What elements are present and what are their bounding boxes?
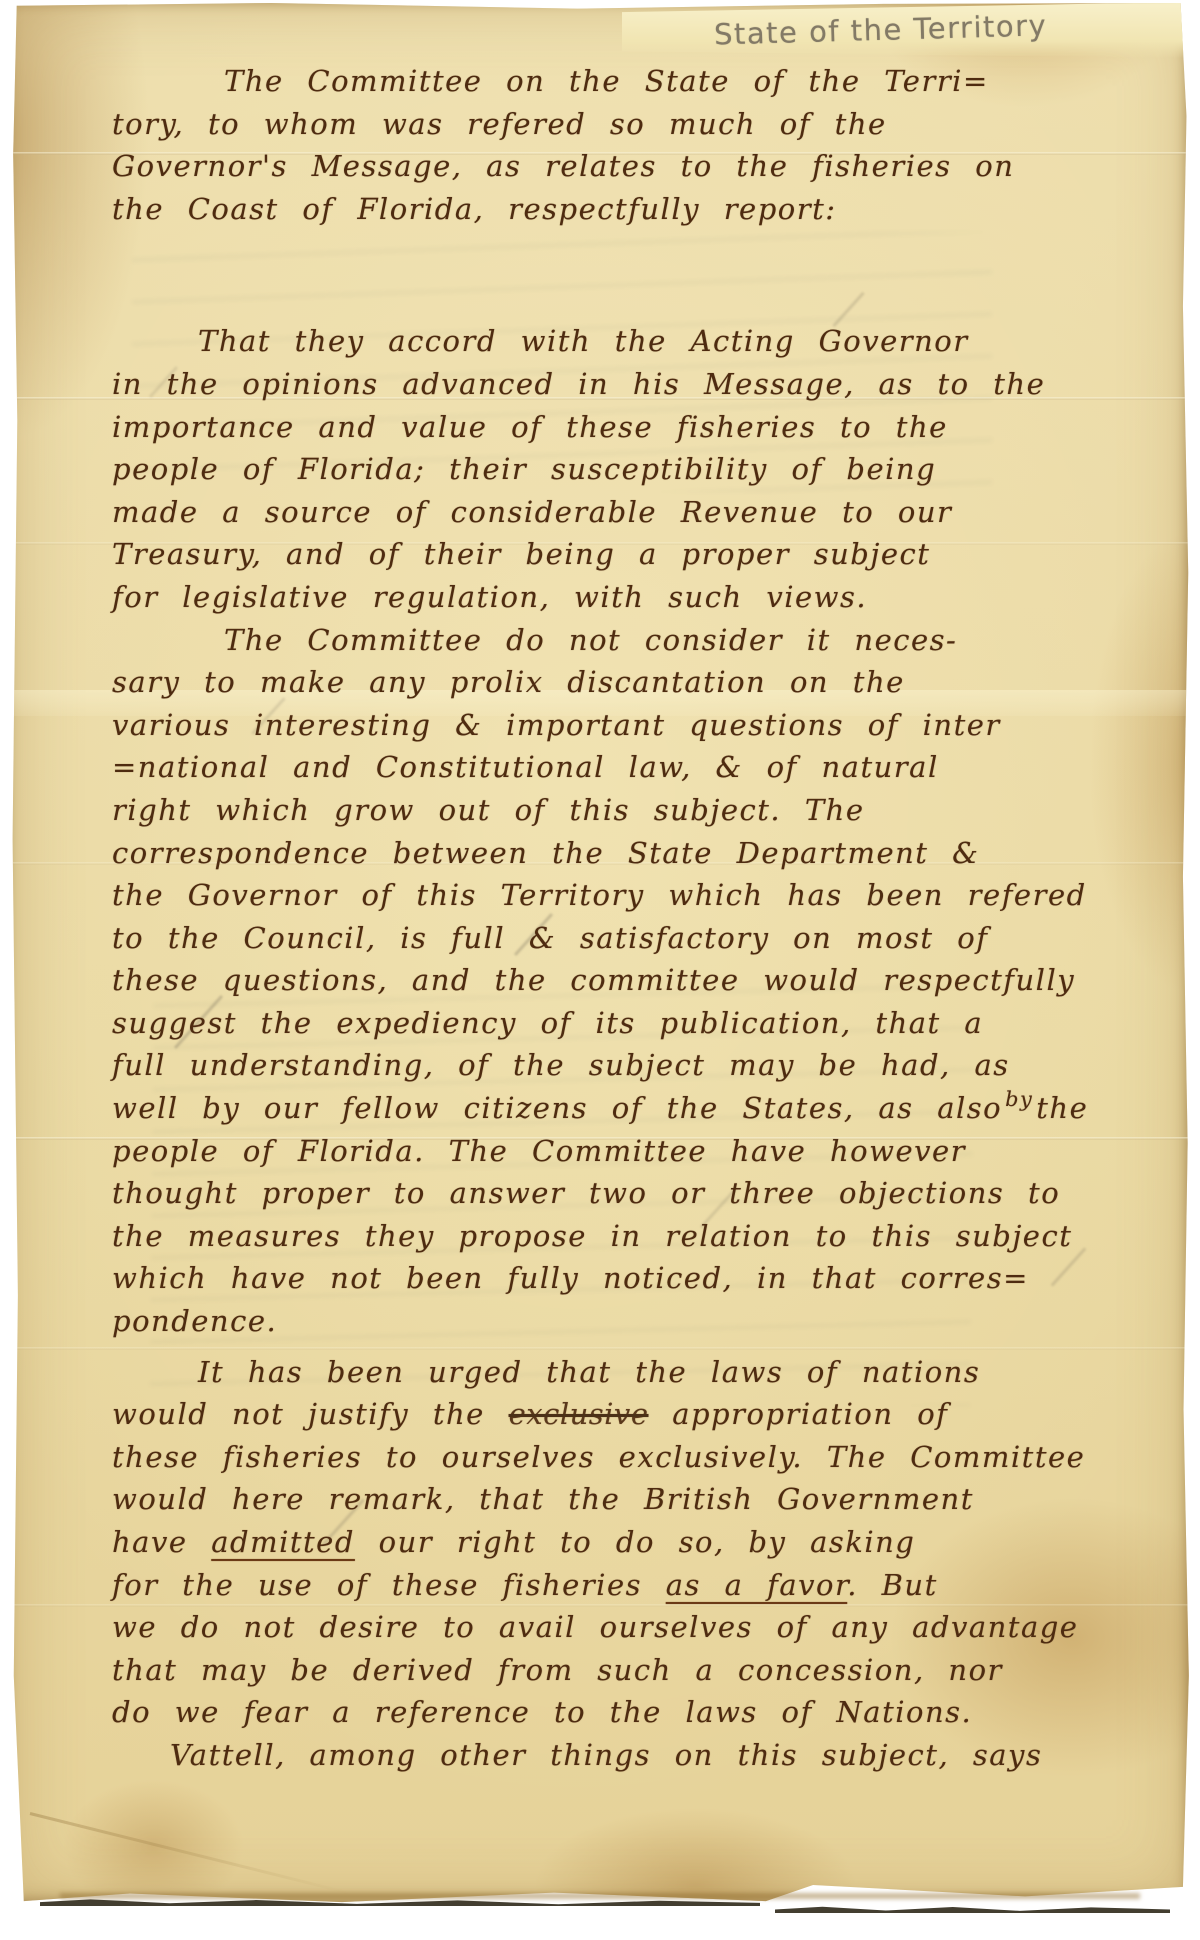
text-segment: we do not desire to avail ourselves of a… — [112, 1610, 1078, 1644]
text-segment: in the opinions advanced in his Message,… — [112, 367, 1045, 401]
text-segment: suggest the expediency of its publicatio… — [112, 1006, 983, 1040]
text-segment: our right to do so, by asking — [355, 1525, 915, 1559]
manuscript-line: we do not desire to avail ourselves of a… — [112, 1606, 1012, 1649]
text-segment: these questions, and the committee would… — [112, 963, 1075, 997]
text-segment: appropriation of — [648, 1397, 948, 1431]
text-segment: sary to make any prolix discantation on … — [112, 665, 905, 699]
text-segment: full understanding, of the subject may b… — [112, 1048, 1010, 1082]
manuscript-line: the measures they propose in relation to… — [112, 1215, 1012, 1258]
manuscript-text: The Committee on the State of the Terri=… — [112, 60, 1012, 1777]
text-segment: Treasury, and of their being a proper su… — [112, 537, 930, 571]
underlined-phrase: as a favor — [666, 1568, 847, 1602]
manuscript-line: would here remark, that the British Gove… — [112, 1478, 1012, 1521]
pencil-smudge — [1051, 1247, 1087, 1286]
diagonal-crease — [30, 1812, 351, 1895]
text-segment: made a source of considerable Revenue to… — [112, 495, 952, 529]
manuscript-line: correspondence between the State Departm… — [112, 832, 1012, 875]
manuscript-line: for legislative regulation, with such vi… — [112, 576, 1012, 619]
text-segment: importance and value of these fisheries … — [112, 410, 948, 444]
inserted-word: by — [1005, 1087, 1033, 1111]
text-segment: tory, to whom was refered so much of the — [112, 107, 887, 141]
text-segment: thought proper to answer two or three ob… — [112, 1176, 1060, 1210]
manuscript-line: The Committee on the State of the Terri= — [112, 60, 1012, 103]
scanned-document: State of the Territory The Committee on … — [0, 0, 1200, 1940]
manuscript-line: well by our fellow citizens of the State… — [112, 1087, 1012, 1130]
text-segment: do we fear a reference to the laws of Na… — [112, 1695, 972, 1729]
manuscript-line: have admitted our right to do so, by ask… — [112, 1521, 1012, 1564]
manuscript-line: these fisheries to ourselves exclusively… — [112, 1436, 1012, 1479]
manuscript-line: The Committee do not consider it neces- — [112, 619, 1012, 662]
text-segment: Governor's Message, as relates to the fi… — [112, 149, 1014, 183]
manuscript-line: people of Florida. The Committee have ho… — [112, 1130, 1012, 1173]
text-segment: pondence. — [112, 1304, 277, 1338]
manuscript-line: importance and value of these fisheries … — [112, 406, 1012, 449]
page-bottom-edge — [40, 1899, 760, 1906]
struck-out-word: exclusive — [509, 1397, 649, 1431]
text-segment: would not justify the — [112, 1397, 509, 1431]
manuscript-line: full understanding, of the subject may b… — [112, 1044, 1012, 1087]
manuscript-line: Vattell, among other things on this subj… — [112, 1734, 1012, 1777]
text-segment: would here remark, that the British Gove… — [112, 1482, 974, 1516]
text-segment: It has been urged that the laws of natio… — [198, 1355, 980, 1389]
manuscript-line: for the use of these fisheries as a favo… — [112, 1564, 1012, 1607]
text-segment: have — [112, 1525, 211, 1559]
text-segment: =national and Constitutional law, & of n… — [112, 750, 939, 784]
text-segment: people of Florida. The Committee have ho… — [112, 1134, 966, 1168]
manuscript-line: that may be derived from such a concessi… — [112, 1649, 1012, 1692]
bottom-edge-shadow — [60, 1893, 1140, 1899]
manuscript-line: to the Council, is full & satisfactory o… — [112, 917, 1012, 960]
text-segment: Vattell, among other things on this subj… — [170, 1738, 1042, 1772]
text-segment: That they accord with the Acting Governo… — [198, 324, 969, 358]
text-segment: the Coast of Florida, respectfully repor… — [112, 192, 837, 226]
manuscript-line: pondence. — [112, 1300, 1012, 1343]
text-segment: . But — [847, 1568, 938, 1602]
text-segment: that may be derived from such a concessi… — [112, 1653, 1003, 1687]
text-segment: well by our fellow citizens of the State… — [112, 1091, 1002, 1125]
text-segment: correspondence between the State Departm… — [112, 836, 979, 870]
manuscript-line: various interesting & important question… — [112, 704, 1012, 747]
text-segment: The Committee do not consider it neces- — [224, 623, 957, 657]
manuscript-line: It has been urged that the laws of natio… — [112, 1351, 1012, 1394]
text-segment: various interesting & important question… — [112, 708, 1001, 742]
page-bottom-edge — [775, 1906, 1170, 1913]
manuscript-line: made a source of considerable Revenue to… — [112, 491, 1012, 534]
manuscript-line: sary to make any prolix discantation on … — [112, 661, 1012, 704]
text-segment: people of Florida; their susceptibility … — [112, 452, 936, 486]
text-segment: which have not been fully noticed, in th… — [112, 1261, 1029, 1295]
manuscript-line: Treasury, and of their being a proper su… — [112, 533, 1012, 576]
text-segment: for legislative regulation, with such vi… — [112, 580, 867, 614]
manuscript-line: Governor's Message, as relates to the fi… — [112, 145, 1012, 188]
manuscript-paper: State of the Territory The Committee on … — [12, 2, 1190, 1904]
text-segment: The Committee on the State of the Terri= — [224, 64, 989, 98]
manuscript-line: That they accord with the Acting Governo… — [112, 320, 1012, 363]
text-segment: the Governor of this Territory which has… — [112, 878, 1087, 912]
manuscript-line: these questions, and the committee would… — [112, 959, 1012, 1002]
manuscript-line: thought proper to answer two or three ob… — [112, 1172, 1012, 1215]
manuscript-line: which have not been fully noticed, in th… — [112, 1257, 1012, 1300]
text-segment: to the Council, is full & satisfactory o… — [112, 921, 988, 955]
manuscript-line: suggest the expediency of its publicatio… — [112, 1002, 1012, 1045]
text-segment: the measures they propose in relation to… — [112, 1219, 1072, 1253]
text-segment: for the use of these fisheries — [112, 1568, 666, 1602]
manuscript-line: people of Florida; their susceptibility … — [112, 448, 1012, 491]
manuscript-line: the Governor of this Territory which has… — [112, 874, 1012, 917]
manuscript-line: =national and Constitutional law, & of n… — [112, 746, 1012, 789]
manuscript-line: do we fear a reference to the laws of Na… — [112, 1691, 1012, 1734]
manuscript-line: right which grow out of this subject. Th… — [112, 789, 1012, 832]
manuscript-line: the Coast of Florida, respectfully repor… — [112, 188, 1012, 231]
manuscript-line: in the opinions advanced in his Message,… — [112, 363, 1012, 406]
manuscript-line: would not justify the exclusive appropri… — [112, 1393, 1012, 1436]
text-segment: the — [1036, 1091, 1088, 1125]
underlined-phrase: admitted — [211, 1525, 355, 1559]
text-segment: right which grow out of this subject. Th… — [112, 793, 865, 827]
text-segment: these fisheries to ourselves exclusively… — [112, 1440, 1085, 1474]
manuscript-line: tory, to whom was refered so much of the — [112, 103, 1012, 146]
